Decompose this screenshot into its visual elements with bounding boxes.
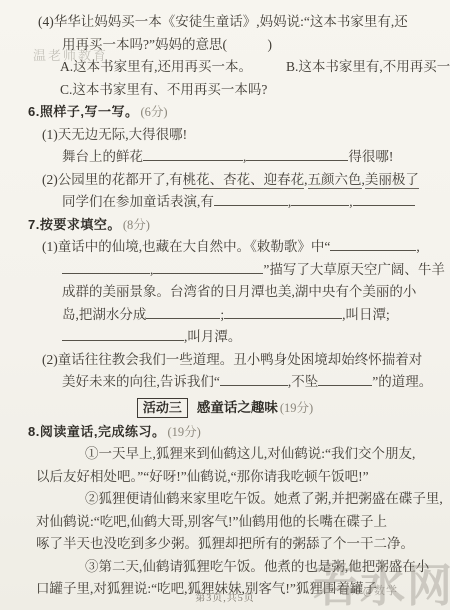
- activity-3-banner: 活动三感童话之趣味(19分): [0, 394, 450, 421]
- q7-i2l2-post: ”的道理。: [372, 374, 432, 389]
- q7-i1-text: (1)童话中的仙境,也藏在大自然中。《敕勒歌》中“: [42, 239, 330, 254]
- question-4-line-2: 用再买一本吗?”妈妈的意思( ): [62, 34, 450, 57]
- passage-para-3-line-1: ③第二天,仙鹤请狐狸吃午饭。他煮的也是粥,他把粥盛在小: [85, 556, 450, 579]
- q7-i1l3-text: 成群的美丽景象。台湾省的日月潭也美,湖中央有个美丽的小: [62, 284, 416, 299]
- option-a: A.这本书家里有,还用再买一本。: [60, 59, 252, 74]
- activity-3-badge: 活动三: [137, 398, 188, 418]
- question-4-option-c: C.这本书家里有、不用再买一本吗?: [60, 79, 450, 102]
- question-6-item-2-example: (2)公园里的花都开了,有桃花、杏花、迎春花,五颜六色,美丽极了: [42, 169, 450, 192]
- activity-3-score: (19分): [280, 401, 313, 415]
- passage-text: 啄了半天也没吃到多少粥。狐狸却把所有的粥舔了个一干二净。: [36, 536, 414, 551]
- q6-example-text: (1)天无边无际,大得很哪!: [42, 127, 187, 142]
- question-8-score: (19分): [167, 425, 200, 439]
- q7-i1l4-text: 岛,把湖水分成: [62, 307, 146, 322]
- question-6-title: 6.照样子,写一写。: [28, 104, 138, 119]
- passage-para-2-line-1: ②狐狸便请仙鹤来家里吃午饭。她煮了粥,并把粥盛在碟子里,: [85, 488, 450, 511]
- question-7-header: 7.按要求填空。(8分): [28, 214, 450, 237]
- q6-i2-pre: (2)公园里的花都开了,有: [42, 172, 183, 187]
- passage-para-2-line-2: 对仙鹤说:“吃吧,仙鹤大哥,别客气!”仙鹤用他的长嘴在碟子上: [36, 511, 450, 534]
- q7-i1l2-text: ”描写了大草原天空广阔、牛羊: [263, 262, 445, 277]
- option-c: C.这本书家里有、不用再买一本吗?: [60, 82, 267, 97]
- q7-i1l4-post: ,叫日潭;: [342, 307, 390, 322]
- question-7-item-2-line-2: 美好未来的向往,告诉我们“,不坠”的道理。: [62, 371, 450, 394]
- fill-blank: [353, 193, 415, 206]
- fill-blank: [214, 193, 288, 206]
- passage-text: ②狐狸便请仙鹤来家里吃午饭。她煮了粥,并把粥盛在碟子里,: [85, 491, 443, 506]
- question-6-score: (6分): [140, 105, 167, 119]
- fill-blank: [291, 193, 349, 206]
- q7-i1-comma: ,: [416, 239, 419, 254]
- fill-blank: [330, 238, 416, 251]
- q7-i1l5-text: ,叫月潭。: [184, 329, 241, 344]
- passage-text: 以后友好相处吧。”“好呀!”仙鹤说,“那你请我吃顿午饭吧!”: [36, 469, 369, 484]
- q6-i2-answer-pre: 同学们在参加童话表演,有: [62, 194, 214, 209]
- question-7-item-1-line-5: ,叫月潭。: [62, 326, 450, 349]
- page-number-footer: 第3页,共5页: [0, 589, 450, 604]
- question-4-text: (4)华华让妈妈买一本《安徒生童话》,妈妈说:“这本书家里有,还: [38, 14, 408, 29]
- q6-underlined-phrase-3: 美丽极了: [365, 172, 419, 189]
- fill-blank: [62, 328, 184, 341]
- fill-blank: [220, 373, 288, 386]
- question-7-item-1-line-2: ,”描写了大草原天空广阔、牛羊: [62, 259, 450, 282]
- fill-blank: [318, 373, 372, 386]
- q6-i1-pre: 舞台上的鲜花: [62, 149, 143, 164]
- question-8-header: 8.阅读童话,完成练习。(19分): [28, 421, 450, 444]
- question-6-item-2-answer: 同学们在参加童话表演,有,,: [62, 191, 450, 214]
- question-6-header: 6.照样子,写一写。(6分): [28, 101, 450, 124]
- fill-blank: [224, 306, 342, 319]
- question-7-item-1-line-3: 成群的美丽景象。台湾省的日月潭也美,湖中央有个美丽的小: [62, 281, 450, 304]
- exam-paper-page: 温老师教育 (4)华华让妈妈买一本《安徒生童话》,妈妈说:“这本书家里有,还 用…: [0, 0, 450, 610]
- passage-text: ①一天早上,狐狸来到仙鹤这儿,对仙鹤说:“我们交个朋友,: [85, 446, 415, 461]
- question-4-options-ab: A.这本书家里有,还用再买一本。B.这本书家里有,不用再买一本。: [60, 56, 450, 79]
- question-4-text-cont: 用再买一本吗?”妈妈的意思( ): [62, 37, 272, 52]
- question-7-item-2-line-1: (2)童话往往教会我们一些道理。丑小鸭身处困境却始终怀揣着对: [42, 349, 450, 372]
- question-6-item-1-example: (1)天无边无际,大得很哪!: [42, 124, 450, 147]
- q7-i2l1-text: (2)童话往往教会我们一些道理。丑小鸭身处困境却始终怀揣着对: [42, 352, 422, 367]
- passage-text: ③第二天,仙鹤请狐狸吃午饭。他煮的也是粥,他把粥盛在小: [85, 559, 429, 574]
- fill-blank: [62, 261, 150, 274]
- q6-i1-post: 得很哪!: [348, 149, 393, 164]
- question-7-item-1-line-1: (1)童话中的仙境,也藏在大自然中。《敕勒歌》中“,: [42, 236, 450, 259]
- passage-para-1-line-1: ①一天早上,狐狸来到仙鹤这儿,对仙鹤说:“我们交个朋友,: [85, 443, 450, 466]
- q6-underlined-phrase-2: 五颜六色: [308, 172, 362, 189]
- option-b: B.这本书家里有,不用再买一本。: [286, 59, 450, 74]
- q6-underlined-phrase-1: 桃花、杏花、迎春花: [183, 172, 305, 189]
- passage-para-2-line-3: 啄了半天也没吃到多少粥。狐狸却把所有的粥舔了个一干二净。: [36, 533, 450, 556]
- activity-3-title: 感童话之趣味: [197, 400, 278, 415]
- question-7-title: 7.按要求填空。: [28, 217, 121, 232]
- q7-i2l2-pre: 美好未来的向往,告诉我们“: [62, 374, 220, 389]
- question-4-line-1: (4)华华让妈妈买一本《安徒生童话》,妈妈说:“这本书家里有,还: [38, 11, 450, 34]
- fill-blank: [146, 306, 220, 319]
- passage-para-1-line-2: 以后友好相处吧。”“好呀!”仙鹤说,“那你请我吃顿午饭吧!”: [36, 466, 450, 489]
- question-7-item-1-line-4: 岛,把湖水分成;,叫日潭;: [62, 304, 450, 327]
- fill-blank: [153, 261, 263, 274]
- question-8-title: 8.阅读童话,完成练习。: [28, 424, 165, 439]
- q6-i2-comma1: ,: [304, 172, 307, 187]
- question-7-score: (8分): [123, 218, 150, 232]
- question-6-item-1-answer: 舞台上的鲜花,得很哪!: [62, 146, 450, 169]
- q7-i2l2-mid: ,不坠: [288, 374, 318, 389]
- fill-blank: [143, 148, 243, 161]
- fill-blank: [246, 148, 348, 161]
- passage-text: 对仙鹤说:“吃吧,仙鹤大哥,别客气!”仙鹤用他的长嘴在碟子上: [36, 514, 387, 529]
